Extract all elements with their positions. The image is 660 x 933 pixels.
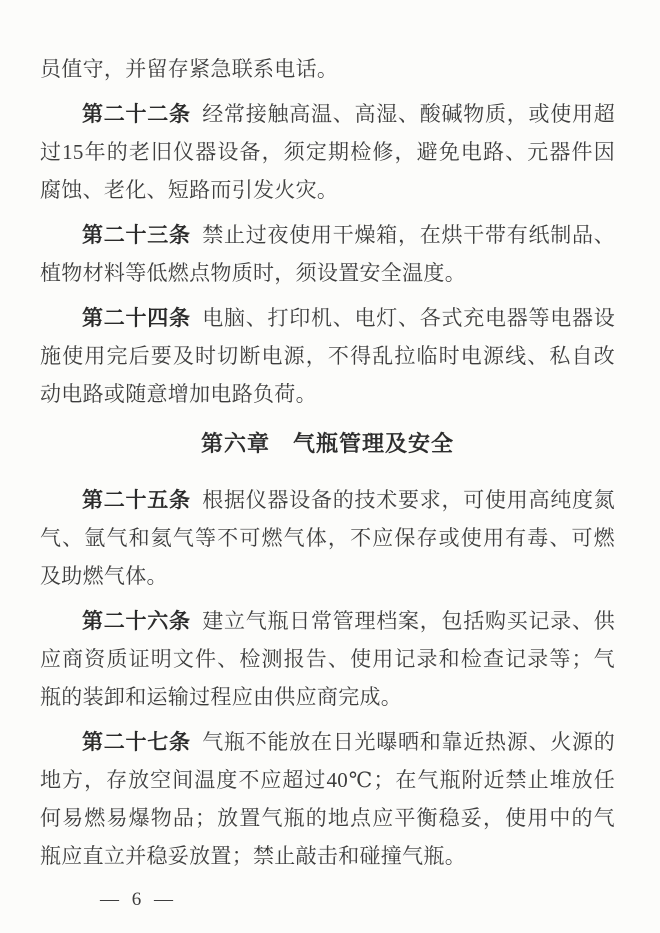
paragraph-article-24: 第二十四条电脑、打印机、电灯、各式充电器等电器设施使用完后要及时切断电源，不得乱… [40, 299, 615, 413]
paragraph-article-26: 第二十六条建立气瓶日常管理档案，包括购买记录、供应商资质证明文件、检测报告、使用… [40, 602, 615, 716]
paragraph-article-25: 第二十五条根据仪器设备的技术要求，可使用高纯度氮气、氩气和氦气等不可燃气体，不应… [40, 481, 615, 595]
article-23-lead: 第二十三条 [82, 223, 191, 247]
article-26-lead: 第二十六条 [82, 609, 191, 633]
paragraph-continuation: 员值守，并留存紧急联系电话。 [40, 50, 615, 88]
article-27-lead: 第二十七条 [82, 730, 191, 754]
document-page: 员值守，并留存紧急联系电话。 第二十二条经常接触高温、高湿、酸碱物质，或使用超过… [0, 0, 660, 933]
article-24-lead: 第二十四条 [82, 306, 191, 330]
article-25-lead: 第二十五条 [82, 488, 191, 512]
paragraph-article-22: 第二十二条经常接触高温、高湿、酸碱物质，或使用超过15年的老旧仪器设备，须定期检… [40, 95, 615, 209]
paragraph-article-27: 第二十七条气瓶不能放在日光曝晒和靠近热源、火源的地方，存放空间温度不应超过40℃… [40, 723, 615, 875]
paragraph-article-23: 第二十三条禁止过夜使用干燥箱，在烘干带有纸制品、植物材料等低燃点物质时，须设置安… [40, 216, 615, 292]
article-22-lead: 第二十二条 [82, 102, 191, 126]
paragraph-continuation-text: 员值守，并留存紧急联系电话。 [40, 57, 338, 81]
page-number: — 6 — [100, 888, 177, 912]
chapter-heading: 第六章 气瓶管理及安全 [40, 425, 615, 463]
